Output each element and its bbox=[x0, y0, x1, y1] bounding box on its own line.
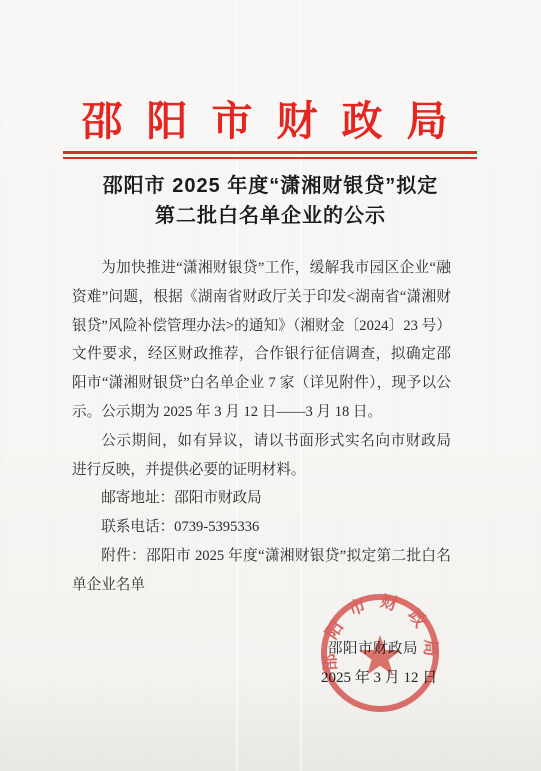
scanned-document-page: 邵阳市财政局 邵阳市 2025 年度“潇湘财银贷”拟定 第二批白名单企业的公示 … bbox=[0, 0, 541, 771]
mailing-address-line: 邮寄地址：邵阳市财政局 bbox=[72, 484, 451, 513]
agency-letterhead: 邵阳市财政局 bbox=[0, 88, 541, 147]
document-title-line1: 邵阳市 2025 年度“潇湘财银贷”拟定 bbox=[40, 171, 501, 201]
seal-graphic: 邵阳市财政局 bbox=[318, 591, 442, 715]
letterhead-divider-line bbox=[63, 151, 477, 159]
body-paragraph-2: 公示期间，如有异议，请以书面形式实名向市财政局进行反映，并提供必要的证明材料。 bbox=[72, 427, 451, 485]
document-title-line2: 第二批白名单企业的公示 bbox=[40, 201, 501, 231]
phone-line: 联系电话：0739-5395336 bbox=[72, 513, 451, 542]
body-paragraph-1: 为加快推进“潇湘财银贷”工作，缓解我市园区企业“融资难”问题，根据《湖南省财政厅… bbox=[72, 254, 451, 427]
seal-star-icon bbox=[359, 635, 401, 675]
official-seal-stamp: 邵阳市财政局 bbox=[318, 591, 442, 715]
document-title: 邵阳市 2025 年度“潇湘财银贷”拟定 第二批白名单企业的公示 bbox=[40, 171, 501, 231]
document-body: 为加快推进“潇湘财银贷”工作，缓解我市园区企业“融资难”问题，根据《湖南省财政厅… bbox=[72, 254, 451, 600]
